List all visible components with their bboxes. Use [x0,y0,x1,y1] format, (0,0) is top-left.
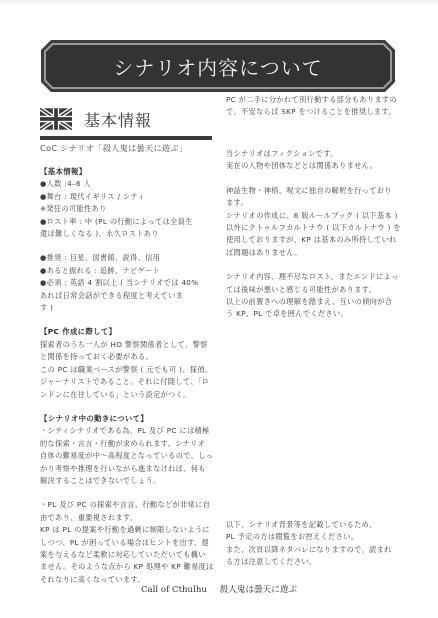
footer-system: Call of Cthulhu [141,585,207,595]
skill-line: ●あると振れる : 追跡、ナビゲート [40,265,215,277]
spoiler-line: PL 予定の方は閲覧をお控えください。 [226,531,406,543]
footer-scenario-title: 殺人鬼は曇天に遊ぶ [220,585,297,595]
content-warning-line: 以上の前置きへの理解を踏まえ、互いの傾向が合 [226,296,406,308]
scenario-flow-block: 【シナリオ中の動きについて】 ・シティシナリオである為、PL 及び PC には積… [40,413,215,586]
info-line: ※発狂の可能性あり [40,203,215,215]
page-title: シナリオ内容について [113,52,322,81]
basic-info-block: 【基本情報】 ●人数 :4–6 人 ●舞台 : 現代イギリス / シティ ※発狂… [40,166,215,314]
scenario-flow-heading: 【シナリオ中の動きについて】 [40,413,215,425]
section-header: 基本情報 [40,106,215,132]
mythos-line: 使用しておりますが、KP は基本のみ所持していれ [226,234,406,246]
info-line: ●舞台 : 現代イギリス / シティ [40,191,215,203]
right-column-top: PC が二手に分かれて別行動する部分もありますの で、不安ならば SKP をつけ… [226,94,406,119]
mythos-line: シナリオの作成に、6 版ルールブック ( 以下基本 ) [226,210,406,222]
flow-line: ・シティシナリオである為、PL 及び PC には積極 [40,425,215,437]
page-footer: Call of Cthulhu 殺人鬼は曇天に遊ぶ [0,583,438,595]
flow-line: 案を与えるなど柔軟に対応していただいても構い [40,549,215,561]
pc-creation-line: ンドンに在住している」という設定がつく。 [40,389,215,401]
mythos-line: ます。 [226,197,406,209]
pc-creation-heading: 【PC 作成に際して】 [40,326,215,338]
disclaimer-line: 当シナリオはフィクションです。 [226,148,406,160]
page-top-shade [0,0,438,6]
content-warning-line: シナリオ内容、理不尽なロスト、またエンドによっ [226,271,406,283]
skill-line: ●推奨 : 目星、図書館、説得、信用 [40,252,215,264]
basic-info-heading: 【基本情報】 [40,166,215,178]
left-column: 基本情報 CoC シナリオ「殺人鬼は曇天に遊ぶ」 【基本情報】 ●人数 :4–6… [40,106,215,586]
mythos-line: 以外にクトゥルフカルトナウ ( 以下カルトナウ ) を [226,222,406,234]
content-warning-line: う KP、PL で卓を囲んでください。 [226,308,406,320]
mythos-line: 神話生物・神格、呪文に独自の解釈を行っており [226,185,406,197]
spoiler-warning: 以下、シナリオ背景等を記載しているため、 PL 予定の方は閲覧をお控えください。… [226,519,406,569]
flow-line: 的な探索・言言・行動が求められます。シナリオ [40,438,215,450]
flow-line: かり考察や推理を行いながら進まなければ、何も [40,463,215,475]
skp-note-line: で、不安ならば SKP をつけることを推奨します。 [226,106,406,118]
spoiler-line: また、次頁以降ネタバレになりますので、読まれ [226,544,406,556]
flow-line: 由であり、重要視されます。 [40,512,215,524]
content-warning-line: ては後味が悪いと感じる可能性があります。 [226,284,406,296]
info-line: 還は難しくなる )、永久ロストあり [40,228,215,240]
banner-fill: シナリオ内容について [46,45,390,87]
mythos-line: ば問題はありません。 [226,247,406,259]
spoiler-line: 以下、シナリオ背景等を記載しているため、 [226,519,406,531]
pc-creation-block: 【PC 作成に際して】 探索者のうち一人が HO 警察関係者として、警察 と関係… [40,326,215,400]
flow-line: 自体の難易度が中〜高程度となっているので、しっ [40,450,215,462]
pc-creation-line: と関係を持っておく必要がある。 [40,351,215,363]
disclaimer-line: 実在の人物や団体などとは関係ありません。 [226,160,406,172]
flow-line: ません。そのような点から KP 処理や KP 難易度は [40,561,215,573]
info-line: ●人数 :4–6 人 [40,178,215,190]
pc-creation-line: ジャーナリストであること。それに付随して、「ロ [40,376,215,388]
info-line: ●ロスト率 : 中 (PL の行動によっては全員生 [40,216,215,228]
skill-line: あれば日常会話ができる程度と考えていま [40,290,215,302]
skill-line: す ) [40,302,215,314]
spoiler-line: る方は注意してください。 [226,556,406,568]
skp-note-line: PC が二手に分かれて別行動する部分もありますの [226,94,406,106]
section-underline [40,136,212,140]
skill-line: ●必須 : 英語 4 割以上 ( 当シナリオでは 40% [40,277,215,289]
flow-line: 解決することはできないでしょう。 [40,475,215,487]
title-banner: シナリオ内容について [41,40,395,92]
right-column-notes: 当シナリオはフィクションです。 実在の人物や団体などとは関係ありません。 神話生… [226,148,406,321]
flow-line: ・PL 及び PC の探索や言言、行動などが非常に自 [40,499,215,511]
scenario-subtitle: CoC シナリオ「殺人鬼は曇天に遊ぶ」 [40,143,215,154]
pc-creation-line: 探索者のうち一人が HO 警察関係者として、警察 [40,339,215,351]
pc-creation-line: この PC は職業ベースが警察 ( 元でも可 )、探偵、 [40,364,215,376]
flow-line: KP は PL の提案や行動を過剰に制限しないように [40,524,215,536]
section-title: 基本情報 [84,108,152,131]
flow-line: しつつ、PL が困っている場合はヒントを出す、提 [40,537,215,549]
union-jack-flag-icon [40,108,72,130]
